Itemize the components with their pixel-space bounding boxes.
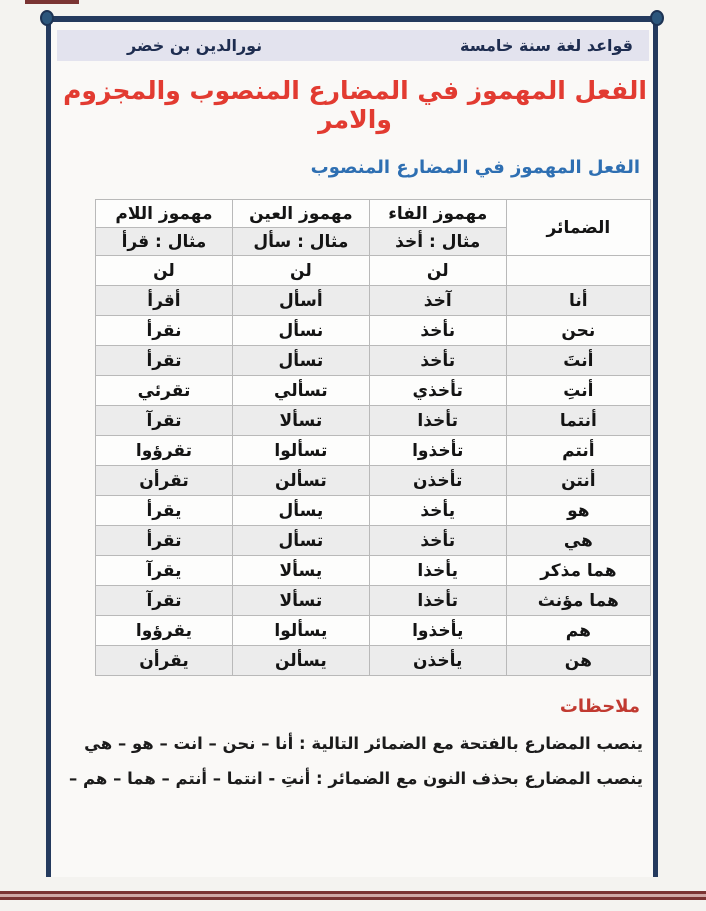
column-header: مهموز الفاء [369,200,506,228]
table-row: هن يأخذن يسألن يقرأن [96,646,651,676]
pronoun-cell: هما مؤنث [506,586,650,616]
verb-cell: تأخذ [369,346,506,376]
table-header-row: الضمائر مهموز الفاء مهموز العين مهموز ال… [96,200,651,228]
table-row: نحن نأخذ نسأل نقرأ [96,316,651,346]
verb-cell: يقرآ [96,556,233,586]
verb-cell: تسألوا [232,436,369,466]
verb-cell: يسأل [232,496,369,526]
verb-cell: تأخذ [369,526,506,556]
torn-red-line-fragment [25,0,79,4]
table-row: أنتن تأخذن تسألن تقرأن [96,466,651,496]
note-line-2: ينصب المضارع بحذف النون مع الضمائر : أنت… [69,769,643,788]
pronouns-header-cell: الضمائر [506,200,650,256]
scanned-grammar-sheet: { "header": { "right": "قواعد لغة سنة خا… [0,0,706,911]
table-row: أنا آخذ أسأل أقرأ [96,286,651,316]
pronoun-cell: هو [506,496,650,526]
pronoun-cell: أنتَ [506,346,650,376]
table-row: أنتَ تأخذ تسأل تقرأ [96,346,651,376]
verb-cell: يأخذوا [369,616,506,646]
verb-cell: تقرؤوا [96,436,233,466]
section-subtitle: الفعل المهموز في المضارع المنصوب [311,157,640,178]
verb-cell: تقرآ [96,586,233,616]
verb-cell: يقرؤوا [96,616,233,646]
table-row: هما مؤنث تأخذا تسألا تقرآ [96,586,651,616]
pronoun-cell: هما مذكر [506,556,650,586]
verb-cell: يسألن [232,646,369,676]
header-course-label: قواعد لغة سنة خامسة [460,36,633,55]
note-line-1: ينصب المضارع بالفتحة مع الضمائر التالية … [84,734,643,753]
verb-cell: تقرآ [96,406,233,436]
verb-cell: تسأل [232,526,369,556]
verb-cell: تأخذن [369,466,506,496]
particle-cell: لن [96,256,233,286]
verb-cell: يقرأ [96,496,233,526]
pronoun-cell: أنتِ [506,376,650,406]
verb-cell: تقرئي [96,376,233,406]
table-row: أنتِ تأخذي تسألي تقرئي [96,376,651,406]
verb-cell: تأخذي [369,376,506,406]
pronoun-cell: أنتن [506,466,650,496]
verb-cell: تسألي [232,376,369,406]
verb-cell: آخذ [369,286,506,316]
page-title: الفعل المهموز في المضارع المنصوب والمجزو… [60,76,650,134]
column-header: مهموز اللام [96,200,233,228]
bottom-maroon-rule [0,891,706,900]
pronoun-cell: أنتما [506,406,650,436]
verb-cell: يقرأن [96,646,233,676]
verb-cell: تسألا [232,586,369,616]
verb-cell: تقرأ [96,346,233,376]
column-example: مثال : أخذ [369,228,506,256]
verb-cell: يسألوا [232,616,369,646]
verb-cell: نقرأ [96,316,233,346]
table-row: أنتم تأخذوا تسألوا تقرؤوا [96,436,651,466]
table-row: هو يأخذ يسأل يقرأ [96,496,651,526]
conjugation-table: الضمائر مهموز الفاء مهموز العين مهموز ال… [95,199,651,676]
pronoun-cell: أنا [506,286,650,316]
verb-cell: تسألن [232,466,369,496]
frame-corner-knob-right [650,10,664,26]
column-header: مهموز العين [232,200,369,228]
particle-cell: لن [369,256,506,286]
table-row: أنتما تأخذا تسألا تقرآ [96,406,651,436]
frame-corner-knob-left [40,10,54,26]
verb-cell: تقرأن [96,466,233,496]
particle-cell: لن [232,256,369,286]
pronoun-cell: هي [506,526,650,556]
verb-cell: يأخذ [369,496,506,526]
pronoun-cell: أنتم [506,436,650,466]
verb-cell: يأخذا [369,556,506,586]
header-bar: قواعد لغة سنة خامسة نورالدين بن خضر [57,30,649,61]
pronoun-cell: هن [506,646,650,676]
pronoun-cell: نحن [506,316,650,346]
particle-row: لن لن لن [96,256,651,286]
verb-cell: يأخذن [369,646,506,676]
verb-cell: تقرأ [96,526,233,556]
table-row: هما مذكر يأخذا يسألا يقرآ [96,556,651,586]
verb-cell: تأخذا [369,406,506,436]
verb-cell: نأخذ [369,316,506,346]
verb-cell: تسأل [232,346,369,376]
table-row: هم يأخذوا يسألوا يقرؤوا [96,616,651,646]
empty-cell [506,256,650,286]
pronoun-cell: هم [506,616,650,646]
verb-cell: أقرأ [96,286,233,316]
verb-cell: يسألا [232,556,369,586]
verb-cell: نسأل [232,316,369,346]
notes-heading: ملاحظات [560,696,640,717]
header-author-label: نورالدين بن خضر [127,36,262,55]
verb-cell: تأخذا [369,586,506,616]
table-row: هي تأخذ تسأل تقرأ [96,526,651,556]
verb-cell: تسألا [232,406,369,436]
column-example: مثال : سأل [232,228,369,256]
verb-cell: تأخذوا [369,436,506,466]
verb-cell: أسأل [232,286,369,316]
column-example: مثال : قرأ [96,228,233,256]
